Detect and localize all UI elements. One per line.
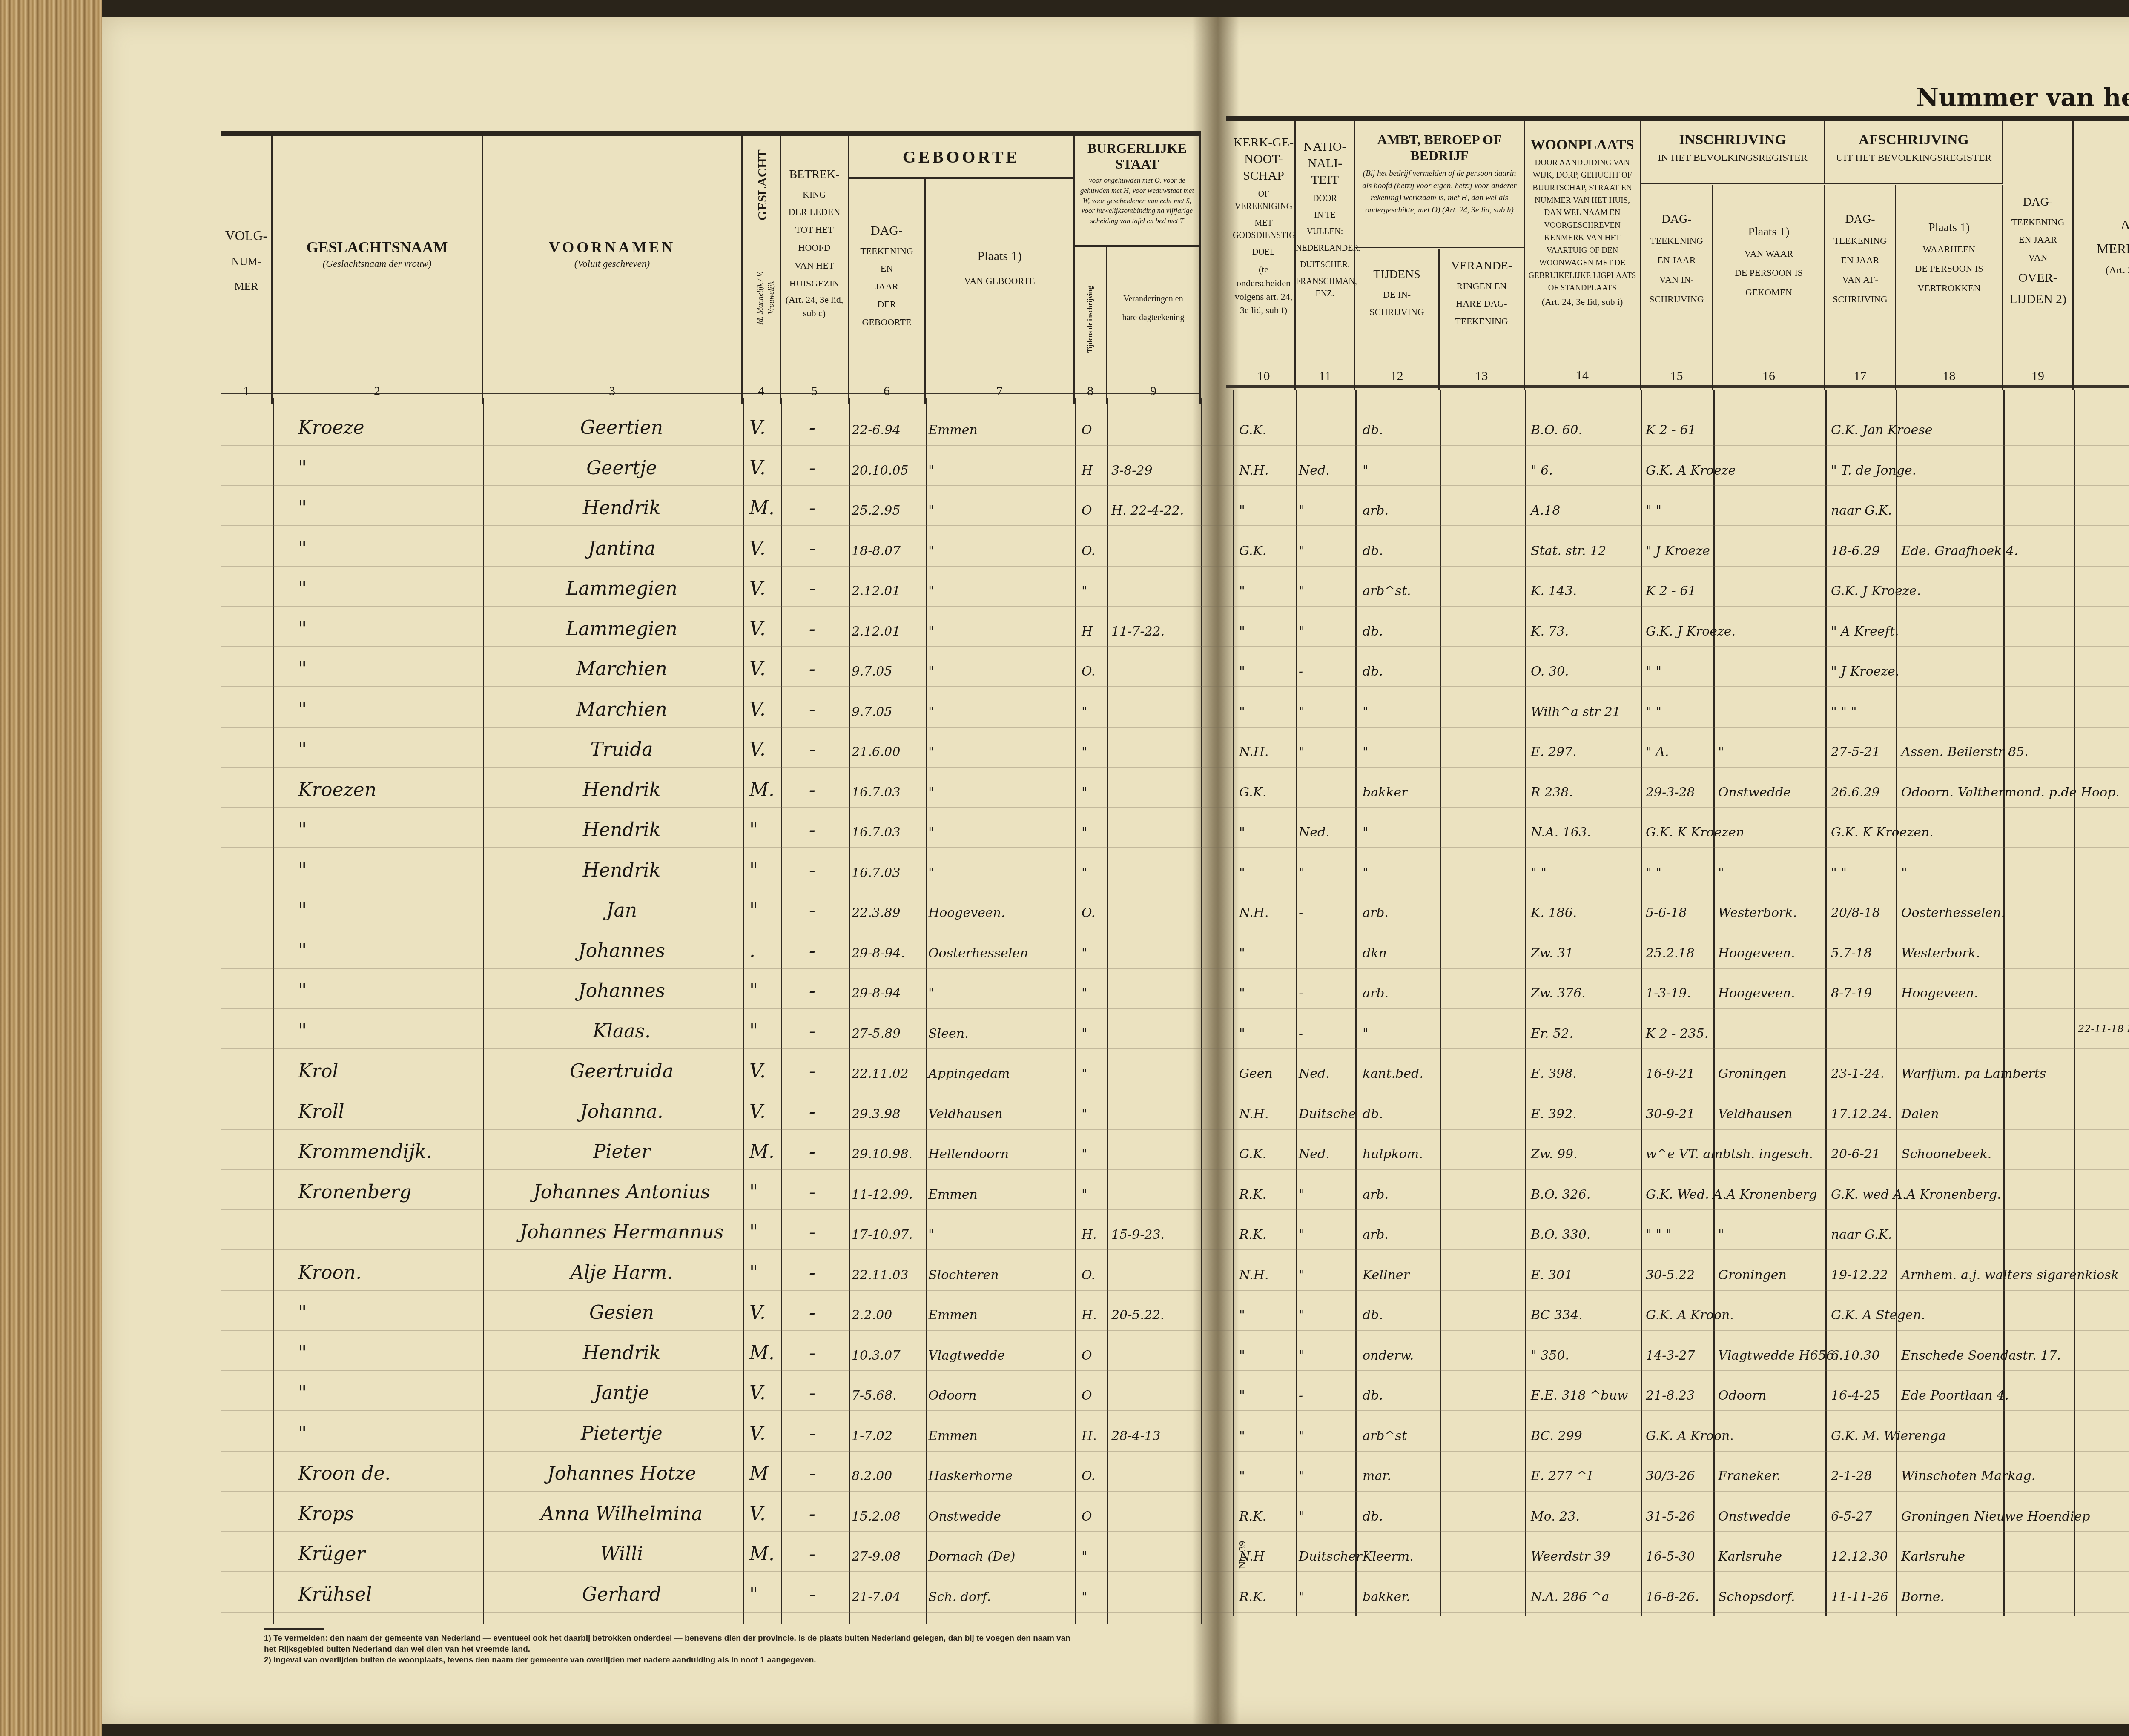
col-6-line: jaar [849, 280, 924, 293]
registration-origin-cell: " [1718, 1227, 1825, 1242]
page-stamp: No. 39 [1237, 1541, 1248, 1569]
sex-cell: V. [749, 1423, 779, 1444]
address-cell: E. 392. [1531, 1107, 1639, 1122]
footnote-rule [264, 1628, 324, 1630]
sex-cell: V. [749, 1302, 779, 1323]
top-rule-right [1226, 116, 2129, 121]
col-afschrijving-datum-header: Dag- teekening en jaar van af- schrijvin… [1825, 185, 1896, 390]
registration-origin-cell: Vlagtwedde H656. [1718, 1348, 1825, 1363]
col-10-number: 10 [1233, 367, 1294, 386]
registration-origin-cell: Hoogeveen. [1718, 946, 1825, 961]
surname-cell: Kronenberg [298, 1181, 477, 1203]
col-11-line: Nederlander, [1296, 242, 1354, 255]
col-13-number: 13 [1440, 367, 1524, 386]
birth-place-cell: Oosterhesselen [928, 946, 1073, 961]
col-5-line: king [781, 188, 848, 201]
relation-cell: - [809, 1262, 835, 1283]
col-divider [1525, 390, 1526, 1616]
birth-place-cell: " [928, 745, 1073, 759]
birth-place-cell: Sleen. [928, 1026, 1073, 1041]
deregistration-date-cell: naar G.K. [1831, 1227, 2001, 1242]
sex-cell: V. [749, 1060, 779, 1082]
sex-cell: " [749, 980, 779, 1002]
birth-date-cell: 22.11.02 [852, 1066, 924, 1081]
civil-status-cell: " [1082, 986, 1107, 1001]
col-11-line: vullen: [1296, 226, 1354, 238]
registration-origin-cell: Veldhausen [1718, 1107, 1825, 1122]
col-17-line: teekening [1825, 234, 1895, 248]
nationality-cell: " [1299, 503, 1354, 518]
civil-status-cell: " [1082, 1026, 1107, 1041]
surname-cell: " [298, 457, 477, 479]
surname-cell: Krühsel [298, 1584, 477, 1605]
col-divider [926, 398, 927, 1624]
church-cell: " [1239, 1388, 1294, 1403]
nationality-cell: " [1299, 1187, 1354, 1202]
relation-cell: - [809, 1543, 835, 1565]
civil-status-cell: O. [1082, 544, 1107, 559]
surname-cell: " [298, 578, 477, 599]
col-20-line: merkingen [2074, 239, 2129, 258]
ruled-line [221, 566, 2129, 567]
col-divider [2074, 390, 2075, 1616]
col-divider [1825, 390, 1827, 1616]
birth-date-cell: 18-8.07 [852, 544, 924, 559]
occupation-cell: arb. [1363, 1187, 1439, 1202]
ruled-line [221, 1290, 2129, 1291]
relation-cell: - [809, 1423, 835, 1444]
ruled-line [221, 928, 2129, 928]
occupation-cell: db. [1363, 624, 1439, 639]
occupation-cell: db. [1363, 1308, 1439, 1323]
registration-date-cell: G.K. Wed. A.A Kronenberg [1646, 1187, 1825, 1202]
col-15-line: van in- [1641, 273, 1712, 286]
ruled-line [221, 1089, 2129, 1089]
sex-cell: V. [749, 699, 779, 720]
right-header: Kerk-ge-noot-schap of vereeniging met go… [1233, 121, 2129, 390]
surname-cell: " [298, 699, 477, 720]
given-names-cell: Johannes [502, 980, 741, 1002]
civil-status-cell: O. [1082, 1469, 1107, 1484]
sex-cell: M. [749, 1543, 779, 1565]
ruled-line [221, 606, 2129, 607]
registration-date-cell: K 2 - 61 [1646, 584, 1825, 599]
birth-place-cell: " [928, 705, 1073, 719]
surname-cell: Krol [298, 1060, 477, 1082]
nationality-cell: " [1299, 624, 1354, 639]
col-divider [781, 398, 782, 1624]
civil-status-cell: O [1082, 423, 1107, 438]
address-cell: K. 143. [1531, 584, 1639, 599]
nationality-cell: " [1299, 584, 1354, 599]
col-8-number: 8 [1075, 382, 1106, 401]
col-volgnummer-header: Volg- num- mer 1 [221, 136, 273, 404]
nationality-cell: " [1299, 1469, 1354, 1484]
col-10-line: met godsdienstig [1233, 217, 1294, 242]
left-header: Volg- num- mer 1 Geslachtsnaam (Geslacht… [221, 136, 1201, 404]
col-divider [483, 398, 484, 1624]
given-names-cell: Jantina [502, 538, 741, 559]
relation-cell: - [809, 1141, 835, 1163]
registration-date-cell: K 2 - 235. [1646, 1026, 1825, 1041]
birth-place-cell: " [928, 544, 1073, 559]
given-names-cell: Marchien [502, 658, 741, 680]
nationality-cell: Ned. [1299, 1147, 1354, 1162]
birth-date-cell: 29-8-94. [852, 946, 924, 961]
group-geboorte-header: Geboorte [849, 136, 1075, 179]
ruled-line [221, 1008, 2129, 1009]
deregistration-destination-cell: Warffum. pa Lamberts [1901, 1066, 2003, 1081]
col-11-line: in te [1296, 209, 1354, 221]
col-6-title: Dag- [849, 221, 924, 240]
occupation-cell: dkn [1363, 946, 1439, 961]
nationality-cell: " [1299, 1227, 1354, 1242]
registration-origin-cell: Westerbork. [1718, 905, 1825, 920]
deregistration-destination-cell: Winschoten Markag. [1901, 1469, 2003, 1484]
ruled-line [221, 1129, 2129, 1130]
occupation-cell: db. [1363, 664, 1439, 679]
deregistration-destination-cell: Arnhem. a.j. walters sigarenkiosk [1901, 1268, 2003, 1283]
sex-cell: " [749, 1262, 779, 1283]
church-cell: " [1239, 664, 1294, 679]
col-aanmerkingen-header: Aan- merkingen (Art. 24, 5e lid) 20 [2074, 121, 2129, 390]
birth-date-cell: 29.10.98. [852, 1147, 924, 1162]
relation-cell: - [809, 1060, 835, 1082]
given-names-cell: Marchien [502, 699, 741, 720]
civil-status-cell: O. [1082, 664, 1107, 679]
surname-cell: Krüger [298, 1543, 477, 1565]
col-6-number: 6 [849, 382, 924, 401]
given-names-cell: Anna Wilhelmina [502, 1503, 741, 1525]
deregistration-destination-cell: Ede Poortlaan 4. [1901, 1388, 2003, 1403]
deregistration-date-cell: G.K. J Kroeze. [1831, 584, 2001, 599]
registration-origin-cell: Hoogeveen. [1718, 986, 1825, 1001]
group-ambt-header: Ambt, beroep of bedrijf (Bij het bedrijf… [1355, 121, 1525, 249]
address-cell: N.A. 286 ^a [1531, 1590, 1639, 1604]
birth-place-cell: " [928, 664, 1073, 679]
ruled-line [221, 1571, 2129, 1572]
col-10-line: doel [1233, 246, 1294, 258]
ruled-line [221, 1330, 2129, 1331]
sex-cell: " [749, 819, 779, 841]
nationality-cell: - [1299, 664, 1354, 679]
nationality-cell: Ned. [1299, 825, 1354, 840]
ruled-line [221, 1169, 2129, 1170]
deregistration-destination-cell: Groningen Nieuwe Hoendiep [1901, 1509, 2003, 1524]
relation-cell: - [809, 538, 835, 559]
nationality-cell: " [1299, 1429, 1354, 1444]
deregistration-destination-cell: Hoogeveen. [1901, 986, 2003, 1001]
civil-status-cell: " [1082, 1549, 1107, 1564]
sex-cell: " [749, 1221, 779, 1243]
deregistration-date-cell: G.K. Jan Kroese [1831, 423, 2001, 438]
col-15-line: teekening [1641, 234, 1712, 248]
surname-cell: " [298, 940, 477, 962]
sex-cell: M [749, 1463, 779, 1484]
occupation-cell: bakker [1363, 785, 1439, 800]
registration-origin-cell: Franeker. [1718, 1469, 1825, 1484]
deregistration-date-cell: " T. de Jonge. [1831, 463, 2001, 478]
address-cell: Er. 52. [1531, 1026, 1639, 1041]
col-4-title: Geslacht [753, 149, 772, 221]
col-staat-veranderingen-header: Veranderingen en hare dagteekening 9 [1107, 247, 1201, 404]
given-names-cell: Gesien [502, 1302, 741, 1323]
col-5-line: der leden [781, 205, 848, 219]
ruled-line [221, 1048, 2129, 1049]
church-cell: " [1239, 1469, 1294, 1484]
surname-cell: " [298, 1423, 477, 1444]
registration-date-cell: " " [1646, 664, 1825, 679]
col-19-line: van [2003, 251, 2072, 264]
given-names-cell: Willi [502, 1543, 741, 1565]
birth-date-cell: 29-8-94 [852, 986, 924, 1001]
birth-place-cell: Hellendoorn [928, 1147, 1073, 1162]
relation-cell: - [809, 1463, 835, 1484]
col-divider [1201, 398, 1202, 1624]
col-5-line: tot het [781, 223, 848, 237]
col-12-line: de in- [1355, 288, 1438, 301]
nationality-cell: " [1299, 1308, 1354, 1323]
address-cell: K. 186. [1531, 905, 1639, 920]
relation-cell: - [809, 1101, 835, 1123]
address-cell: Zw. 376. [1531, 986, 1639, 1001]
church-cell: " [1239, 1348, 1294, 1363]
col-geboorteplaats-header: Plaats 1) van geboorte 7 [926, 179, 1075, 404]
group-geboorte-title: Geboorte [849, 147, 1073, 167]
col-11-line: Duitscher. [1296, 259, 1354, 271]
birth-place-cell: Veldhausen [928, 1107, 1073, 1122]
col-geboorte-datum-header: Dag- teekening en jaar der geboorte 6 [849, 179, 926, 404]
col-15-line: schrijving [1641, 292, 1712, 306]
col-divider [273, 398, 274, 1624]
birth-place-cell: " [928, 584, 1073, 599]
surname-cell: " [298, 739, 477, 760]
col-3-title: Voornamen [483, 238, 741, 257]
surname-cell: " [298, 1342, 477, 1364]
ruled-line [221, 445, 2129, 446]
col-8-title: Tijdens de inschrijving [1085, 281, 1095, 358]
given-names-cell: Gerhard [502, 1584, 741, 1605]
registration-origin-cell: Onstwedde [1718, 1509, 1825, 1524]
birth-place-cell: " [928, 463, 1073, 478]
address-cell: Zw. 31 [1531, 946, 1639, 961]
birth-date-cell: 25.2.95 [852, 503, 924, 518]
registration-date-cell: " J Kroeze [1646, 544, 1825, 559]
birth-place-cell: " [928, 785, 1073, 800]
ruled-line [221, 727, 2129, 728]
col-nationaliteit-header: Natio-nali-teit door in te vullen: Neder… [1296, 121, 1355, 390]
ruled-line [221, 1410, 2129, 1411]
registration-date-cell: w^e VT. ambtsh. ingesch. [1646, 1147, 1825, 1162]
occupation-cell: Kellner [1363, 1268, 1439, 1283]
given-names-cell: Geertien [502, 417, 741, 438]
church-cell: N.H. [1239, 1268, 1294, 1283]
col-1-line: mer [221, 278, 271, 295]
ruled-line [221, 1491, 2129, 1492]
col-18-line: vertrokken [1896, 281, 2002, 295]
col-11-number: 11 [1296, 367, 1354, 386]
col-kerkgenootschap-header: Kerk-ge-noot-schap of vereeniging met go… [1233, 121, 1296, 390]
col-14-article: (Art. 24, 3e lid, sub i) [1525, 295, 1640, 309]
relation-cell: - [809, 779, 835, 801]
civil-status-cell: O [1082, 1509, 1107, 1524]
birth-date-cell: 2.12.01 [852, 624, 924, 639]
birth-date-cell: 10.3.07 [852, 1348, 924, 1363]
given-names-cell: Pietertje [502, 1423, 741, 1444]
nationality-cell: " [1299, 705, 1354, 719]
relation-cell: - [809, 980, 835, 1002]
col-14-number: 14 [1525, 366, 1640, 386]
occupation-cell: db. [1363, 1509, 1439, 1524]
given-names-cell: Lammegien [502, 618, 741, 640]
col-14-description: door aanduiding van wijk, dorp, gehucht … [1525, 157, 1640, 295]
col-13-line: hare dag- [1440, 297, 1524, 310]
ruled-line [221, 767, 2129, 768]
col-2-number: 2 [273, 382, 482, 401]
birth-place-cell: Appingedam [928, 1066, 1073, 1081]
civil-status-cell: " [1082, 785, 1107, 800]
birth-date-cell: 2.2.00 [852, 1308, 924, 1323]
registration-origin-cell: Groningen [1718, 1268, 1825, 1283]
sex-cell: " [749, 859, 779, 881]
deregistration-destination-cell: Enschede Soendastr. 17. [1901, 1348, 2003, 1363]
relation-cell: - [809, 417, 835, 438]
given-names-cell: Johannes Hermannus [502, 1221, 741, 1243]
church-cell: R.K. [1239, 1509, 1294, 1524]
ruled-line [221, 1249, 2129, 1250]
col-19-line: lijden 2) [2003, 290, 2072, 309]
registration-origin-cell: Karlsruhe [1718, 1549, 1825, 1564]
given-names-cell: Alje Harm. [502, 1262, 741, 1283]
given-names-cell: Truida [502, 739, 741, 760]
col-12-title: Tijdens [1355, 266, 1438, 284]
col-divider [1296, 390, 1297, 1616]
address-cell: K. 73. [1531, 624, 1639, 639]
death-date-cell: 22-11-18 Emmen. [2078, 1023, 2129, 1035]
birth-date-cell: 27-9.08 [852, 1549, 924, 1564]
address-cell: N.A. 163. [1531, 825, 1639, 840]
surname-cell: Kroeze [298, 417, 477, 438]
group-burgerlijke-staat-header: Burgerlijke Staat voor ongehuwden met O,… [1075, 136, 1201, 247]
deregistration-destination-cell: " [1901, 865, 2003, 880]
address-cell: Stat. str. 12 [1531, 544, 1639, 559]
address-cell: B.O. 60. [1531, 423, 1639, 438]
birth-place-cell: " [928, 503, 1073, 518]
col-14-title: Woonplaats [1525, 134, 1640, 157]
col-2-sub: (Geslachtsnaam der vrouw) [273, 257, 482, 271]
church-cell: " [1239, 946, 1294, 961]
col-18-line: waarheen [1896, 243, 2002, 256]
col-16-number: 16 [1713, 367, 1824, 386]
relation-cell: - [809, 699, 835, 720]
birth-date-cell: 1-7.02 [852, 1429, 924, 1444]
occupation-cell: arb^st. [1363, 584, 1439, 599]
given-names-cell: Lammegien [502, 578, 741, 599]
civil-status-cell: H. [1082, 1227, 1107, 1242]
col-voornamen-header: Voornamen (Voluit geschreven) 3 [483, 136, 743, 404]
col-17-title: Dag- [1825, 211, 1895, 228]
ruled-line [221, 1209, 2129, 1210]
col-5-number: 5 [781, 382, 848, 401]
church-cell: " [1239, 584, 1294, 599]
birth-place-cell: Emmen [928, 1308, 1073, 1323]
surname-cell: " [298, 980, 477, 1002]
sex-cell: . [749, 940, 779, 962]
nationality-cell: " [1299, 544, 1354, 559]
birth-date-cell: 20.10.05 [852, 463, 924, 478]
relation-cell: - [809, 859, 835, 881]
col-20-line: (Art. 24, 5e lid) [2074, 263, 2129, 278]
birth-place-cell: Emmen [928, 1187, 1073, 1202]
civil-status-cell: O [1082, 1348, 1107, 1363]
relation-cell: - [809, 1503, 835, 1525]
col-ambt-veranderingen-header: Verande- ringen en hare dag- teekening 1… [1440, 249, 1525, 390]
church-cell: G.K. [1239, 423, 1294, 438]
top-rule-left [221, 131, 1201, 136]
ruled-line [221, 646, 2129, 647]
birth-place-cell: Onstwedde [928, 1509, 1073, 1524]
church-cell: " [1239, 986, 1294, 1001]
civil-status-cell: O. [1082, 1268, 1107, 1283]
church-cell: R.K. [1239, 1227, 1294, 1242]
given-names-cell: Jan [502, 900, 741, 921]
col-15-line: en jaar [1641, 253, 1712, 267]
col-7-title: Plaats 1) [926, 247, 1073, 266]
col-7-number: 7 [926, 382, 1073, 401]
col-19-line: teekening [2003, 215, 2072, 229]
sex-cell: V. [749, 1503, 779, 1525]
given-names-cell: Geertje [502, 457, 741, 479]
col-6-line: teekening [849, 244, 924, 258]
register-book: Nummer van het blad Volg- num- mer 1 Ges… [0, 0, 2129, 1736]
col-19-line: en jaar [2003, 233, 2072, 246]
address-cell: Wilh^a str 21 [1531, 705, 1639, 719]
col-5-line: (Art. 24, 3e lid, sub c) [781, 293, 848, 320]
surname-cell: " [298, 1302, 477, 1323]
footnote-2: 2) Ingeval van overlijden buiten de woon… [264, 1655, 1073, 1666]
col-6-line: geboorte [849, 315, 924, 329]
occupation-cell: arb. [1363, 986, 1439, 1001]
col-2-title: Geslachtsnaam [273, 238, 482, 257]
col-16-title: Plaats 1) [1713, 223, 1824, 241]
church-cell: N.H. [1239, 745, 1294, 759]
col-5-line: van het [781, 259, 848, 272]
col-afschrijving-plaats-header: Plaats 1) waarheen de persoon is vertrok… [1896, 185, 2003, 390]
deregistration-date-cell: " A Kreeft. [1831, 624, 2001, 639]
col-divider [1233, 390, 1234, 1616]
col-divider [743, 398, 744, 1624]
given-names-cell: Pieter [502, 1141, 741, 1163]
col-6-line: en [849, 262, 924, 275]
surname-cell: " [298, 497, 477, 519]
address-cell: O. 30. [1531, 664, 1639, 679]
ruled-line [221, 1612, 2129, 1613]
col-divider [1107, 398, 1108, 1624]
birth-date-cell: 16.7.03 [852, 825, 924, 840]
church-cell: N.H. [1239, 463, 1294, 478]
col-divider [1075, 398, 1076, 1624]
registration-origin-cell: " [1718, 865, 1825, 880]
registration-origin-cell: Onstwedde [1718, 785, 1825, 800]
birth-place-cell: Haskerhorne [928, 1469, 1073, 1484]
church-cell: G.K. [1239, 544, 1294, 559]
civil-status-change-cell: 11-7-22. [1111, 624, 1201, 639]
col-divider [1355, 390, 1357, 1616]
given-names-cell: Jantje [502, 1382, 741, 1404]
given-names-cell: Klaas. [502, 1020, 741, 1042]
col-18-title: Plaats 1) [1896, 219, 2002, 237]
relation-cell: - [809, 658, 835, 680]
